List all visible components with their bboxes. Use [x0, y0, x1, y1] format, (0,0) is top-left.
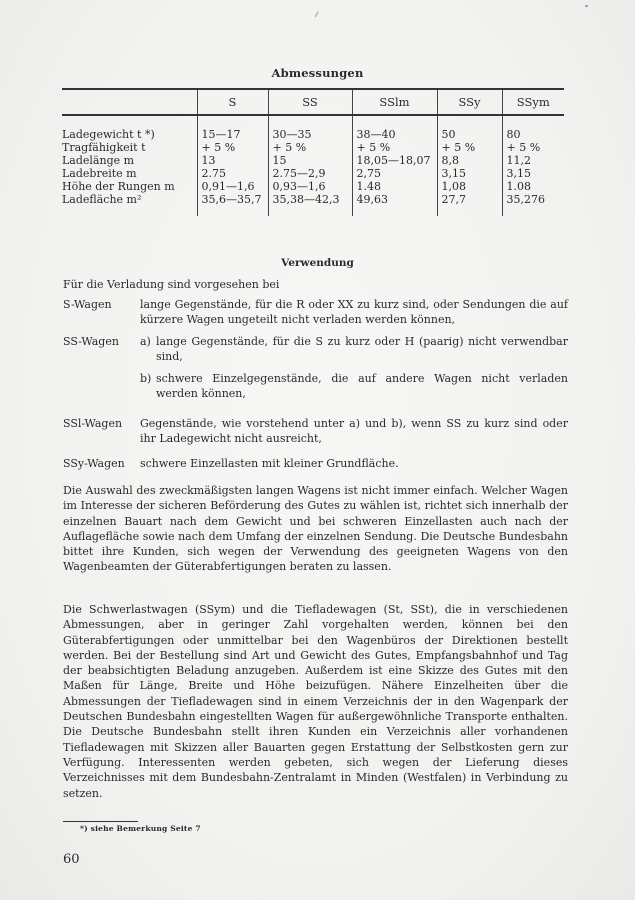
- table-cell: 35,276: [502, 193, 564, 216]
- table-cell: 50: [437, 115, 502, 141]
- table-cell: 11,2: [502, 154, 564, 167]
- column-header: S: [197, 89, 268, 115]
- table-header-row: S SS SSlm SSy SSym: [62, 89, 564, 115]
- wagon-label: S-Wagen: [63, 298, 112, 313]
- sub-item-letter: a): [140, 335, 151, 350]
- table-row: Ladelänge m131518,05—18,078,811,2: [62, 154, 564, 167]
- wagon-description: lange Gegenstände, für die R oder XX zu …: [140, 298, 568, 327]
- table-cell: 3,15: [437, 167, 502, 180]
- column-header: SS: [268, 89, 352, 115]
- table-cell: 80: [502, 115, 564, 141]
- table-cell: 2.75—2,9: [268, 167, 352, 180]
- sub-item-b: b) schwere Einzelgegenstände, die auf an…: [140, 372, 568, 401]
- table-cell: 2.75: [197, 167, 268, 180]
- wagon-description: Gegenstände, wie vorstehend unter a) und…: [140, 417, 568, 446]
- table-cell: 49,63: [352, 193, 437, 216]
- paragraph: Die Auswahl des zweckmäßigsten langen Wa…: [63, 483, 568, 575]
- table-cell: 0,93—1,6: [268, 180, 352, 193]
- wagon-label: SSy-Wagen: [63, 457, 125, 472]
- table-cell: 3,15: [502, 167, 564, 180]
- table-cell: 38—40: [352, 115, 437, 141]
- table-cell: 8,8: [437, 154, 502, 167]
- table-row: Höhe der Rungen m0,91—1,60,93—1,61.481,0…: [62, 180, 564, 193]
- row-label: Tragfähigkeit t: [62, 141, 197, 154]
- sub-item-letter: b): [140, 372, 151, 387]
- table-cell: 1.48: [352, 180, 437, 193]
- usage-intro: Für die Verladung sind vorgesehen bei: [63, 278, 568, 293]
- footnote-divider: [63, 821, 138, 822]
- page-number: 60: [63, 852, 80, 867]
- table-cell: 15—17: [197, 115, 268, 141]
- footnote: *) siehe Bemerkung Seite 7: [80, 824, 201, 833]
- row-label: Ladegewicht t *): [62, 115, 197, 141]
- table-cell: + 5 %: [437, 141, 502, 154]
- scan-speck: [585, 5, 588, 7]
- table-cell: 1,08: [437, 180, 502, 193]
- sub-item-a: a) lange Gegenstände, für die S zu kurz …: [140, 335, 568, 364]
- wagon-description: schwere Einzellasten mit kleiner Grundfl…: [140, 457, 568, 472]
- table-cell: 13: [197, 154, 268, 167]
- row-label: Ladebreite m: [62, 167, 197, 180]
- paragraph: Die Schwerlastwagen (SSym) und die Tiefl…: [63, 602, 568, 801]
- table-cell: 35,6—35,7: [197, 193, 268, 216]
- wagon-description: a) lange Gegenstände, für die S zu kurz …: [140, 335, 568, 401]
- column-header: SSlm: [352, 89, 437, 115]
- row-label: Ladefläche m²: [62, 193, 197, 216]
- table-cell: 35,38—42,3: [268, 193, 352, 216]
- table-row: Tragfähigkeit t+ 5 %+ 5 %+ 5 %+ 5 %+ 5 %: [62, 141, 564, 154]
- table-header-blank: [62, 89, 197, 115]
- document-page: Abmessungen S SS SSlm SSy SSym Ladegewic…: [0, 0, 635, 900]
- table-cell: 1.08: [502, 180, 564, 193]
- table-cell: 27,7: [437, 193, 502, 216]
- wagon-label: SSl-Wagen: [63, 417, 122, 432]
- wagon-label: SS-Wagen: [63, 335, 119, 350]
- scan-speck: [315, 11, 321, 18]
- table-cell: + 5 %: [502, 141, 564, 154]
- table-row: Ladebreite m2.752.75—2,92,753,153,15: [62, 167, 564, 180]
- table-cell: 15: [268, 154, 352, 167]
- sub-item-text: schwere Einzelgegenstände, die auf ander…: [156, 372, 568, 400]
- table-cell: + 5 %: [268, 141, 352, 154]
- table-cell: 0,91—1,6: [197, 180, 268, 193]
- table-cell: + 5 %: [197, 141, 268, 154]
- table-body: Ladegewicht t *)15—1730—3538—405080Tragf…: [62, 115, 564, 216]
- table-cell: 30—35: [268, 115, 352, 141]
- table-title: Abmessungen: [0, 66, 635, 80]
- table-cell: 2,75: [352, 167, 437, 180]
- row-label: Höhe der Rungen m: [62, 180, 197, 193]
- table-row: Ladefläche m²35,6—35,735,38—42,349,6327,…: [62, 193, 564, 216]
- row-label: Ladelänge m: [62, 154, 197, 167]
- table-cell: + 5 %: [352, 141, 437, 154]
- section-title: Verwendung: [0, 257, 635, 269]
- column-header: SSy: [437, 89, 502, 115]
- dimensions-table: S SS SSlm SSy SSym Ladegewicht t *)15—17…: [62, 88, 564, 216]
- column-header: SSym: [502, 89, 564, 115]
- table-row: Ladegewicht t *)15—1730—3538—405080: [62, 115, 564, 141]
- table-cell: 18,05—18,07: [352, 154, 437, 167]
- sub-item-text: lange Gegenstände, für die S zu kurz ode…: [156, 335, 568, 363]
